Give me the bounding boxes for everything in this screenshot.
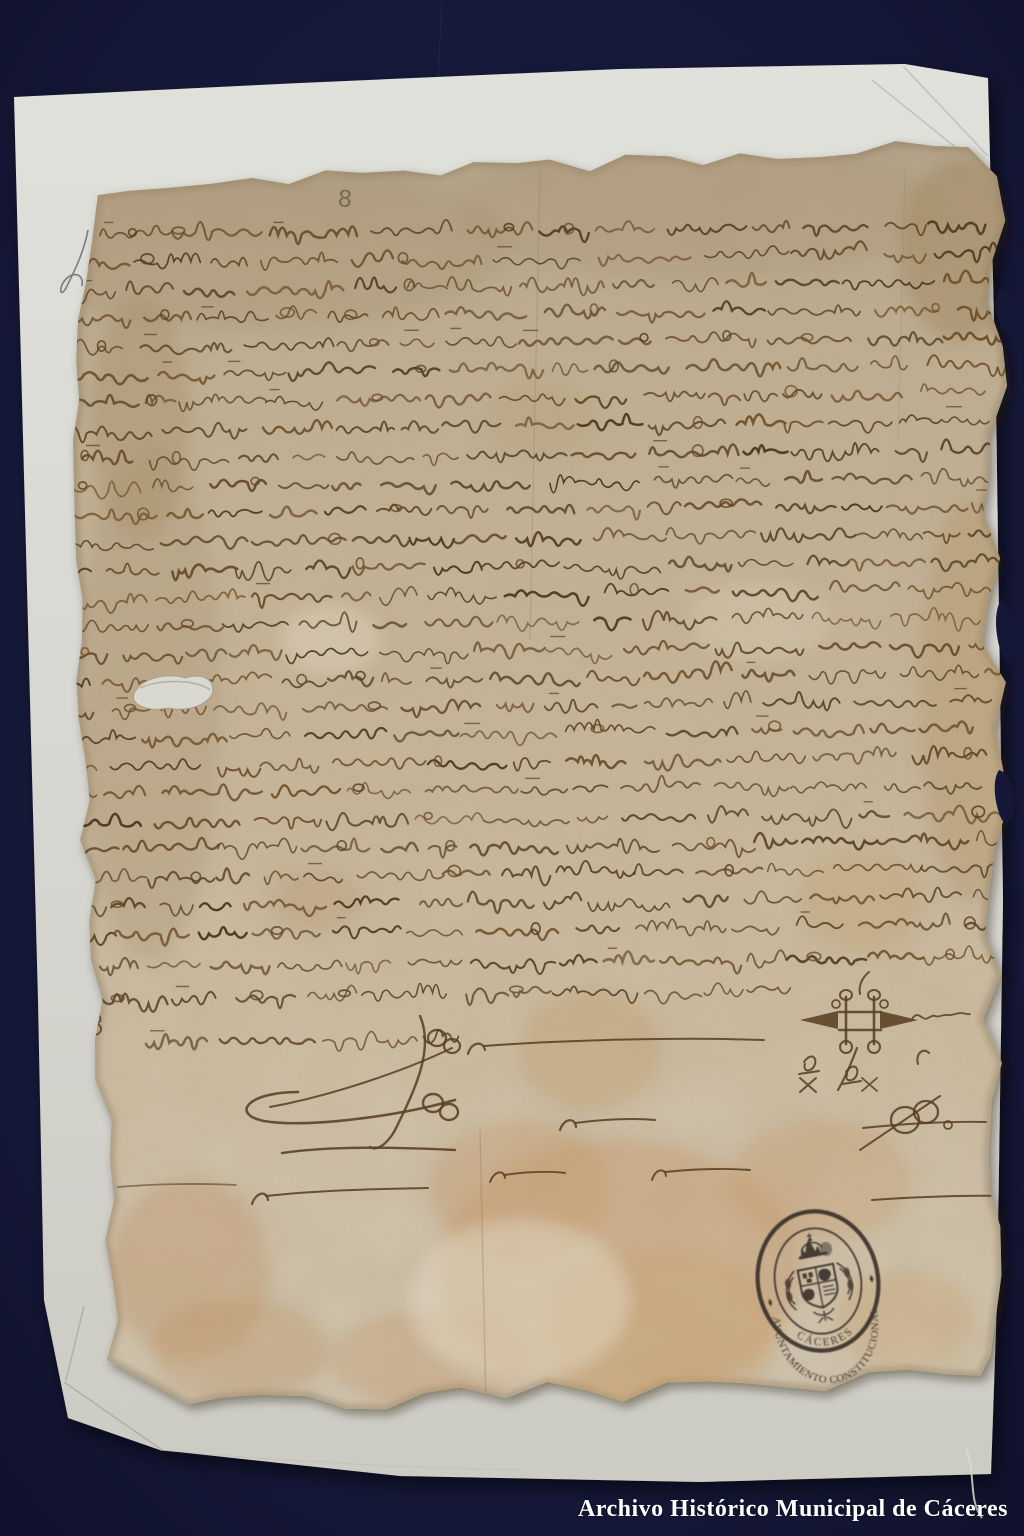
archival-photograph: AYUNTAMIENTO CONSTITUCIONAL CÁCERES 8 Ar… — [0, 0, 1024, 1536]
archive-watermark: Archivo Histórico Municipal de Cáceres — [578, 1496, 1008, 1523]
page-number: 8 — [336, 186, 353, 213]
manuscript-page — [0, 110, 1024, 1440]
